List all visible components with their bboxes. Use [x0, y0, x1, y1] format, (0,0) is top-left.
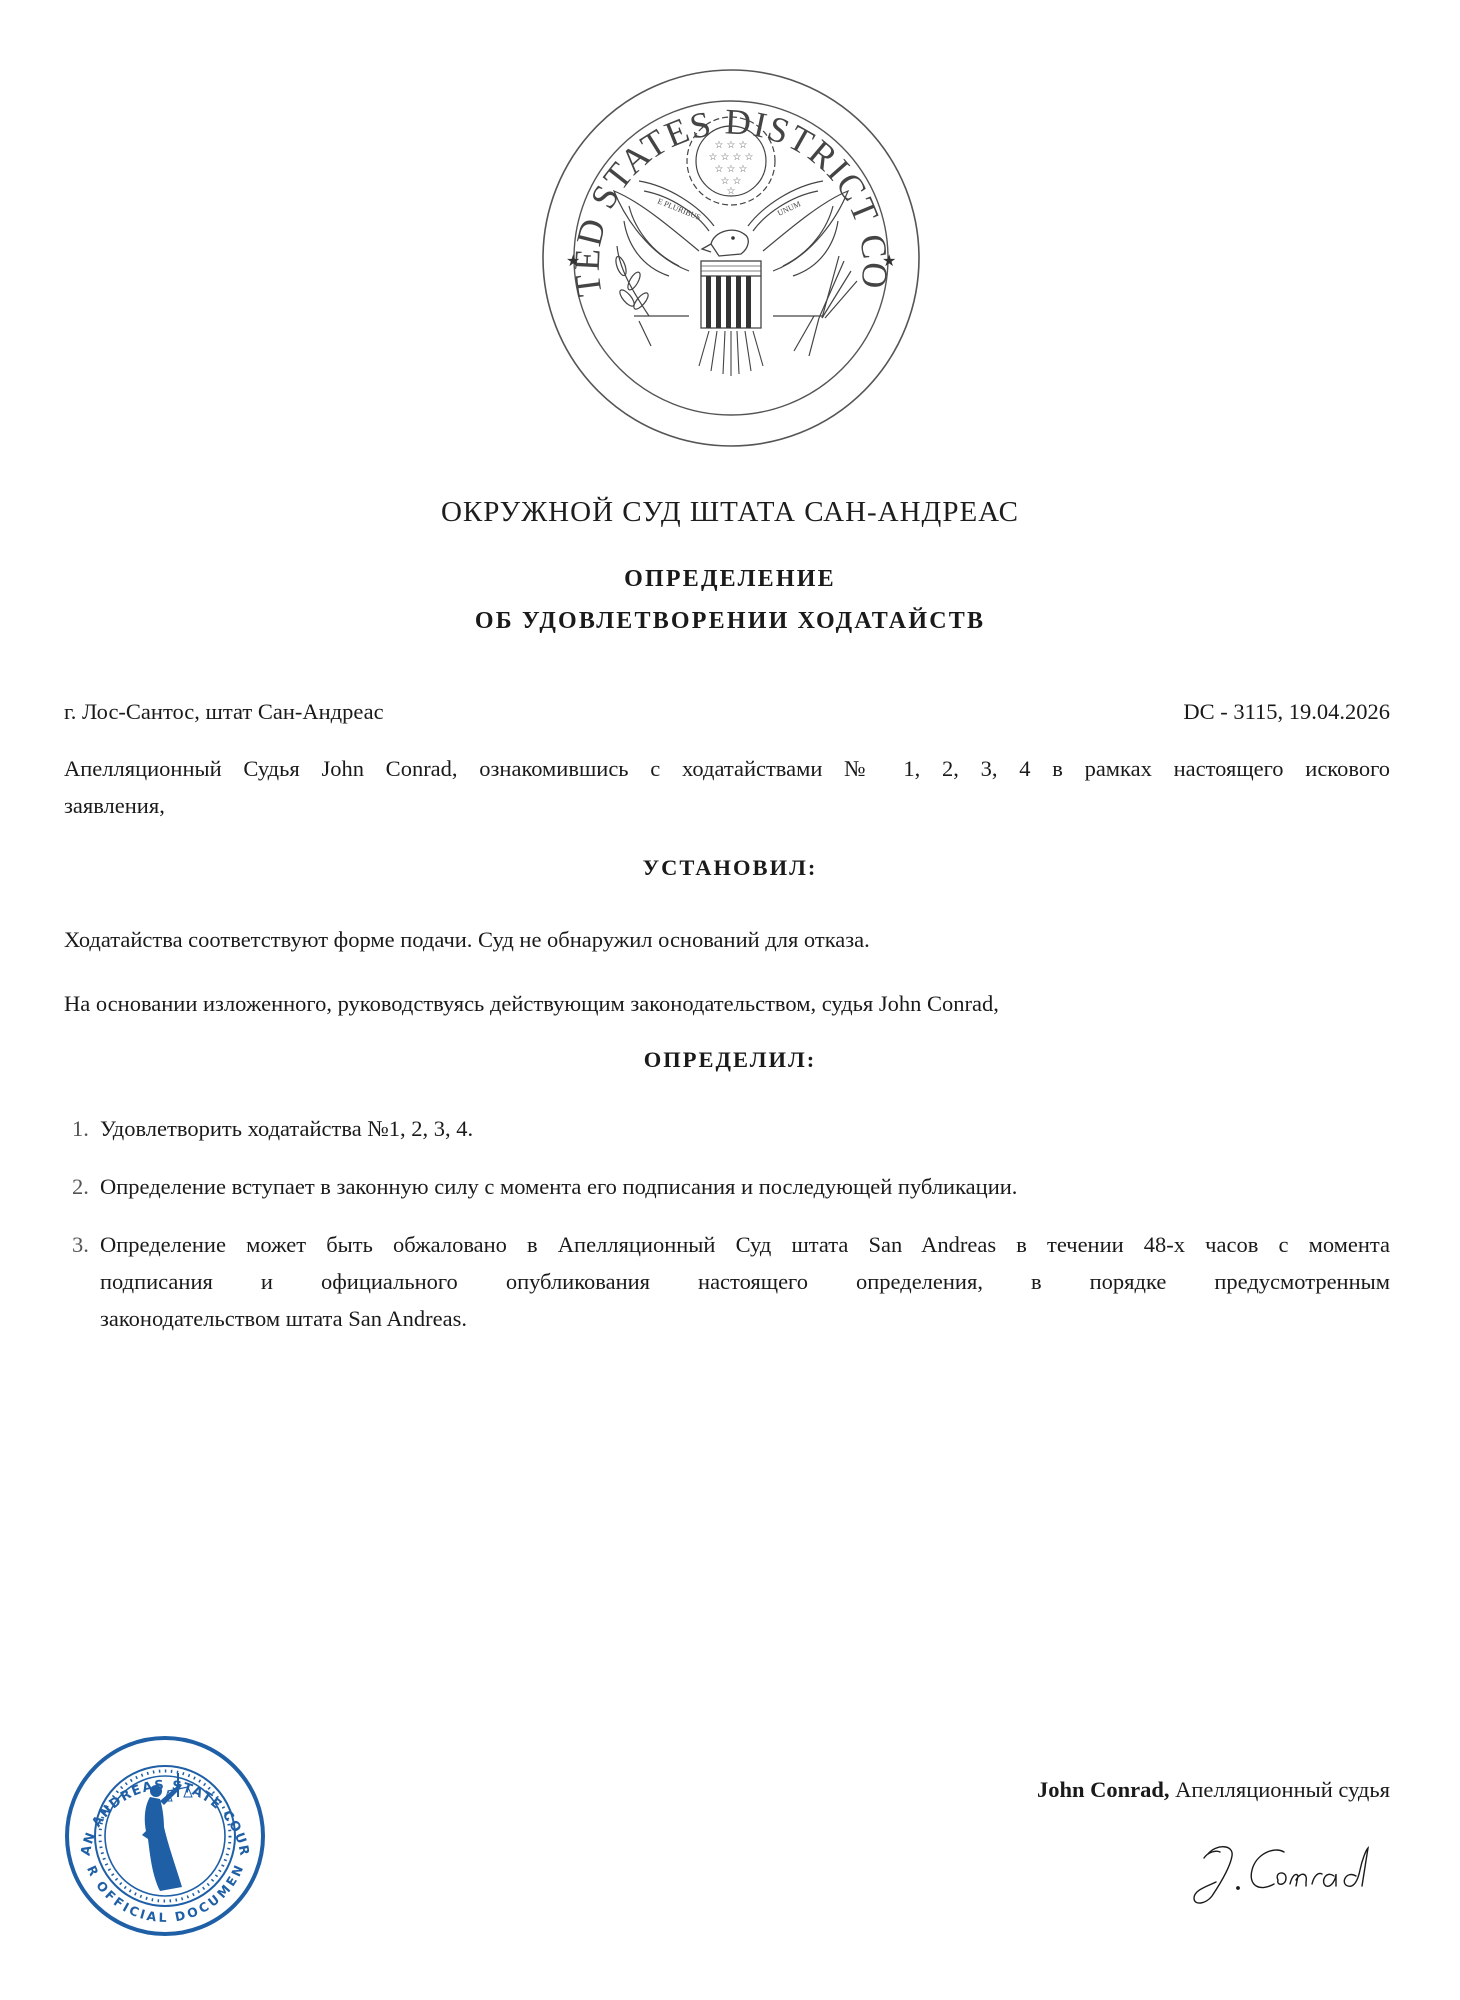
list-number: 1. [72, 1110, 89, 1147]
list-text: Удовлетворить ходатайства №1, 2, 3, 4. [100, 1110, 1390, 1147]
section-heading-ruling: ОПРЕДЕЛИЛ: [0, 1047, 1460, 1073]
established-paragraph: Ходатайства соответствуют форме подачи. … [64, 921, 1390, 958]
basis-paragraph: На основании изложенного, руководствуясь… [64, 985, 1390, 1022]
intro-line: заявления, [64, 793, 165, 818]
intro-line: Апелляционный Судья John Conrad, ознаком… [64, 750, 1390, 787]
svg-text:☆: ☆ [727, 164, 736, 175]
svg-text:☆: ☆ [739, 140, 748, 151]
handwritten-signature: J. Conrad [1186, 1840, 1401, 1910]
court-ruling-page: UNITED STATES DISTRICT COURT ★ ★ ☆☆☆ ☆☆☆… [0, 0, 1460, 2000]
list-text: Определение вступает в законную силу с м… [100, 1168, 1390, 1205]
svg-text:☆: ☆ [709, 152, 718, 163]
place: г. Лос-Сантос, штат Сан-Андреас [64, 693, 384, 730]
star-icon: ★ [566, 253, 580, 270]
list-text: Определение может быть обжаловано в Апел… [100, 1226, 1390, 1337]
court-name: ОКРУЖНОЙ СУД ШТАТА САН-АНДРЕАС [0, 496, 1460, 529]
signer-line: John Conrad, Апелляционный судья [1037, 1775, 1390, 1805]
svg-text:☆: ☆ [733, 152, 742, 163]
place-date-row: г. Лос-Сантос, штат Сан-Андреас DC - 311… [64, 693, 1390, 730]
svg-text:E PLURIBUS: E PLURIBUS [656, 197, 702, 222]
svg-text:☆: ☆ [745, 152, 754, 163]
list-number: 3. [72, 1226, 89, 1263]
section-heading-established: УСТАНОВИЛ: [0, 855, 1460, 881]
list-item: 2. Определение вступает в законную силу … [64, 1168, 1390, 1205]
svg-text:☆: ☆ [727, 140, 736, 151]
svg-text:☆: ☆ [715, 164, 724, 175]
document-subject: ОБ УДОВЛЕТВОРЕНИИ ХОДАТАЙСТВ [0, 608, 1460, 635]
svg-text:☆: ☆ [721, 152, 730, 163]
svg-text:☆: ☆ [727, 186, 736, 197]
svg-text:UNUM: UNUM [776, 199, 802, 217]
district-court-seal-icon: UNITED STATES DISTRICT COURT ★ ★ ☆☆☆ ☆☆☆… [539, 66, 923, 450]
document-type: ОПРЕДЕЛЕНИЕ [0, 566, 1460, 593]
list-item: 3. Определение может быть обжаловано в А… [64, 1226, 1390, 1337]
signer-title: Апелляционный судья [1175, 1777, 1390, 1802]
state-court-stamp-icon: SAN ANDREAS STATE COURT FOR OFFICIAL DOC… [64, 1735, 266, 1937]
svg-text:☆: ☆ [715, 140, 724, 151]
svg-text:☆: ☆ [739, 164, 748, 175]
list-item: 1. Удовлетворить ходатайства №1, 2, 3, 4… [64, 1110, 1390, 1147]
list-number: 2. [72, 1168, 89, 1205]
star-icon: ★ [882, 253, 896, 270]
intro-paragraph: Апелляционный Судья John Conrad, ознаком… [64, 750, 1390, 824]
case-number-date: DC - 3115, 19.04.2026 [1183, 693, 1390, 730]
signer-name: John Conrad, [1037, 1777, 1170, 1802]
